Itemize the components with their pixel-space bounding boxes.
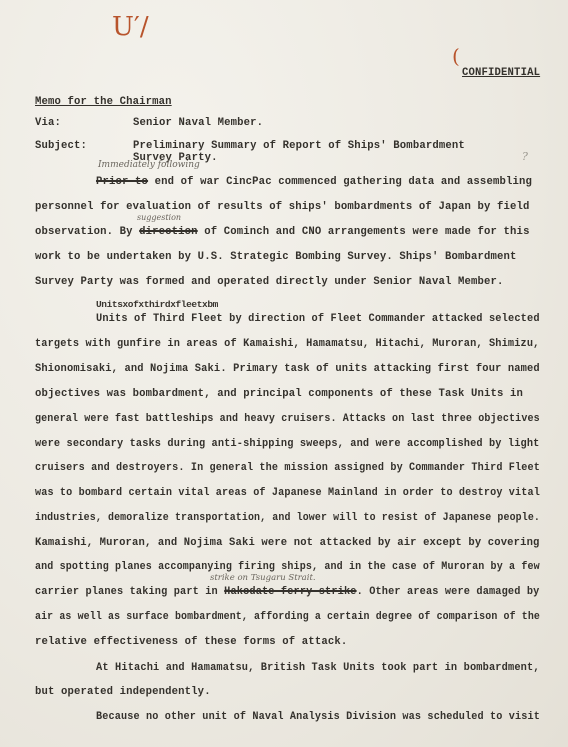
struck-text: Hakodate ferry strike <box>224 586 356 598</box>
handwritten-top-mark: U′/ <box>112 12 149 42</box>
memo-recipient: Memo for the Chairman <box>35 96 172 108</box>
paragraph-2-line-12: carrier planes taking part in Hakodate f… <box>35 586 539 598</box>
paragraph-2-line-10: Kamaishi, Muroran, and Nojima Saki were … <box>35 537 540 549</box>
paragraph-2-line-7: cruisers and destroyers. In general the … <box>35 462 540 474</box>
handwritten-question-mark: ? <box>522 150 528 163</box>
struck-text: direction <box>139 226 198 238</box>
paragraph-1-line-3: observation. By direction of Cominch and… <box>35 226 530 238</box>
subject-label: Subject: <box>35 140 87 152</box>
paragraph-3-line-1: At Hitachi and Hamamatsu, British Task U… <box>96 662 540 674</box>
paragraph-1-line-4: work to be undertaken by U.S. Strategic … <box>35 251 517 263</box>
document-page: U′/ ( CONFIDENTIAL Memo for the Chairman… <box>0 0 568 747</box>
paragraph-2-line-1: Units of Third Fleet by direction of Fle… <box>96 313 540 325</box>
paragraph-3-line-2: but operated independently. <box>35 686 211 698</box>
paragraph-2-line-13: air as well as surface bombardment, affo… <box>35 611 540 623</box>
paragraph-2-line-3: Shionomisaki, and Nojima Saki. Primary t… <box>35 363 540 375</box>
paragraph-2-line-2: targets with gunfire in areas of Kamaish… <box>35 338 539 350</box>
via-label: Via: <box>35 117 61 129</box>
paragraph-2-line-9: industries, demoralize transportation, a… <box>35 512 540 524</box>
handwritten-insertion-immediately-following: Immediately following <box>98 160 200 170</box>
text: of Cominch and CNO arrangements were mad… <box>198 226 530 238</box>
handwritten-insertion-tsugaru-strait: strike on Tsugaru Strait. <box>210 573 316 583</box>
paragraph-1-line-2: personnel for evaluation of results of s… <box>35 201 530 213</box>
paragraph-2-line-6: were secondary tasks during anti-shippin… <box>35 438 539 450</box>
classification-label: CONFIDENTIAL <box>462 67 540 79</box>
paragraph-1-line-5: Survey Party was formed and operated dir… <box>35 276 504 288</box>
paragraph-2-line-5: general were fast battleships and heavy … <box>35 413 540 425</box>
text: observation. By <box>35 226 139 238</box>
handwritten-insertion-suggestion: suggestion <box>137 213 181 222</box>
paragraph-2-line-8: was to bombard certain vital areas of Ja… <box>35 487 540 499</box>
struck-text: Prior to <box>96 176 148 188</box>
paragraph-1-line-1: Prior to end of war CincPac commenced ga… <box>96 176 532 188</box>
paragraph-4-line-1: Because no other unit of Naval Analysis … <box>96 711 540 723</box>
paragraph-2-line-4: objectives was bombardment, and principa… <box>35 388 523 400</box>
via-value: Senior Naval Member. <box>133 117 263 129</box>
paragraph-2-line-14: relative effectiveness of these forms of… <box>35 636 347 648</box>
text: end of war CincPac commenced gathering d… <box>148 176 532 188</box>
subject-line-1: Preliminary Summary of Report of Ships' … <box>133 140 465 152</box>
handwritten-paren-mark: ( <box>452 44 460 68</box>
xed-out-heading: Unitsxofxthirdxfleetxbm <box>96 299 218 310</box>
text: carrier planes taking part in <box>35 586 224 598</box>
paragraph-2-line-11: and spotting planes accompanying firing … <box>35 561 540 573</box>
text: . Other areas were damaged by <box>357 586 540 598</box>
